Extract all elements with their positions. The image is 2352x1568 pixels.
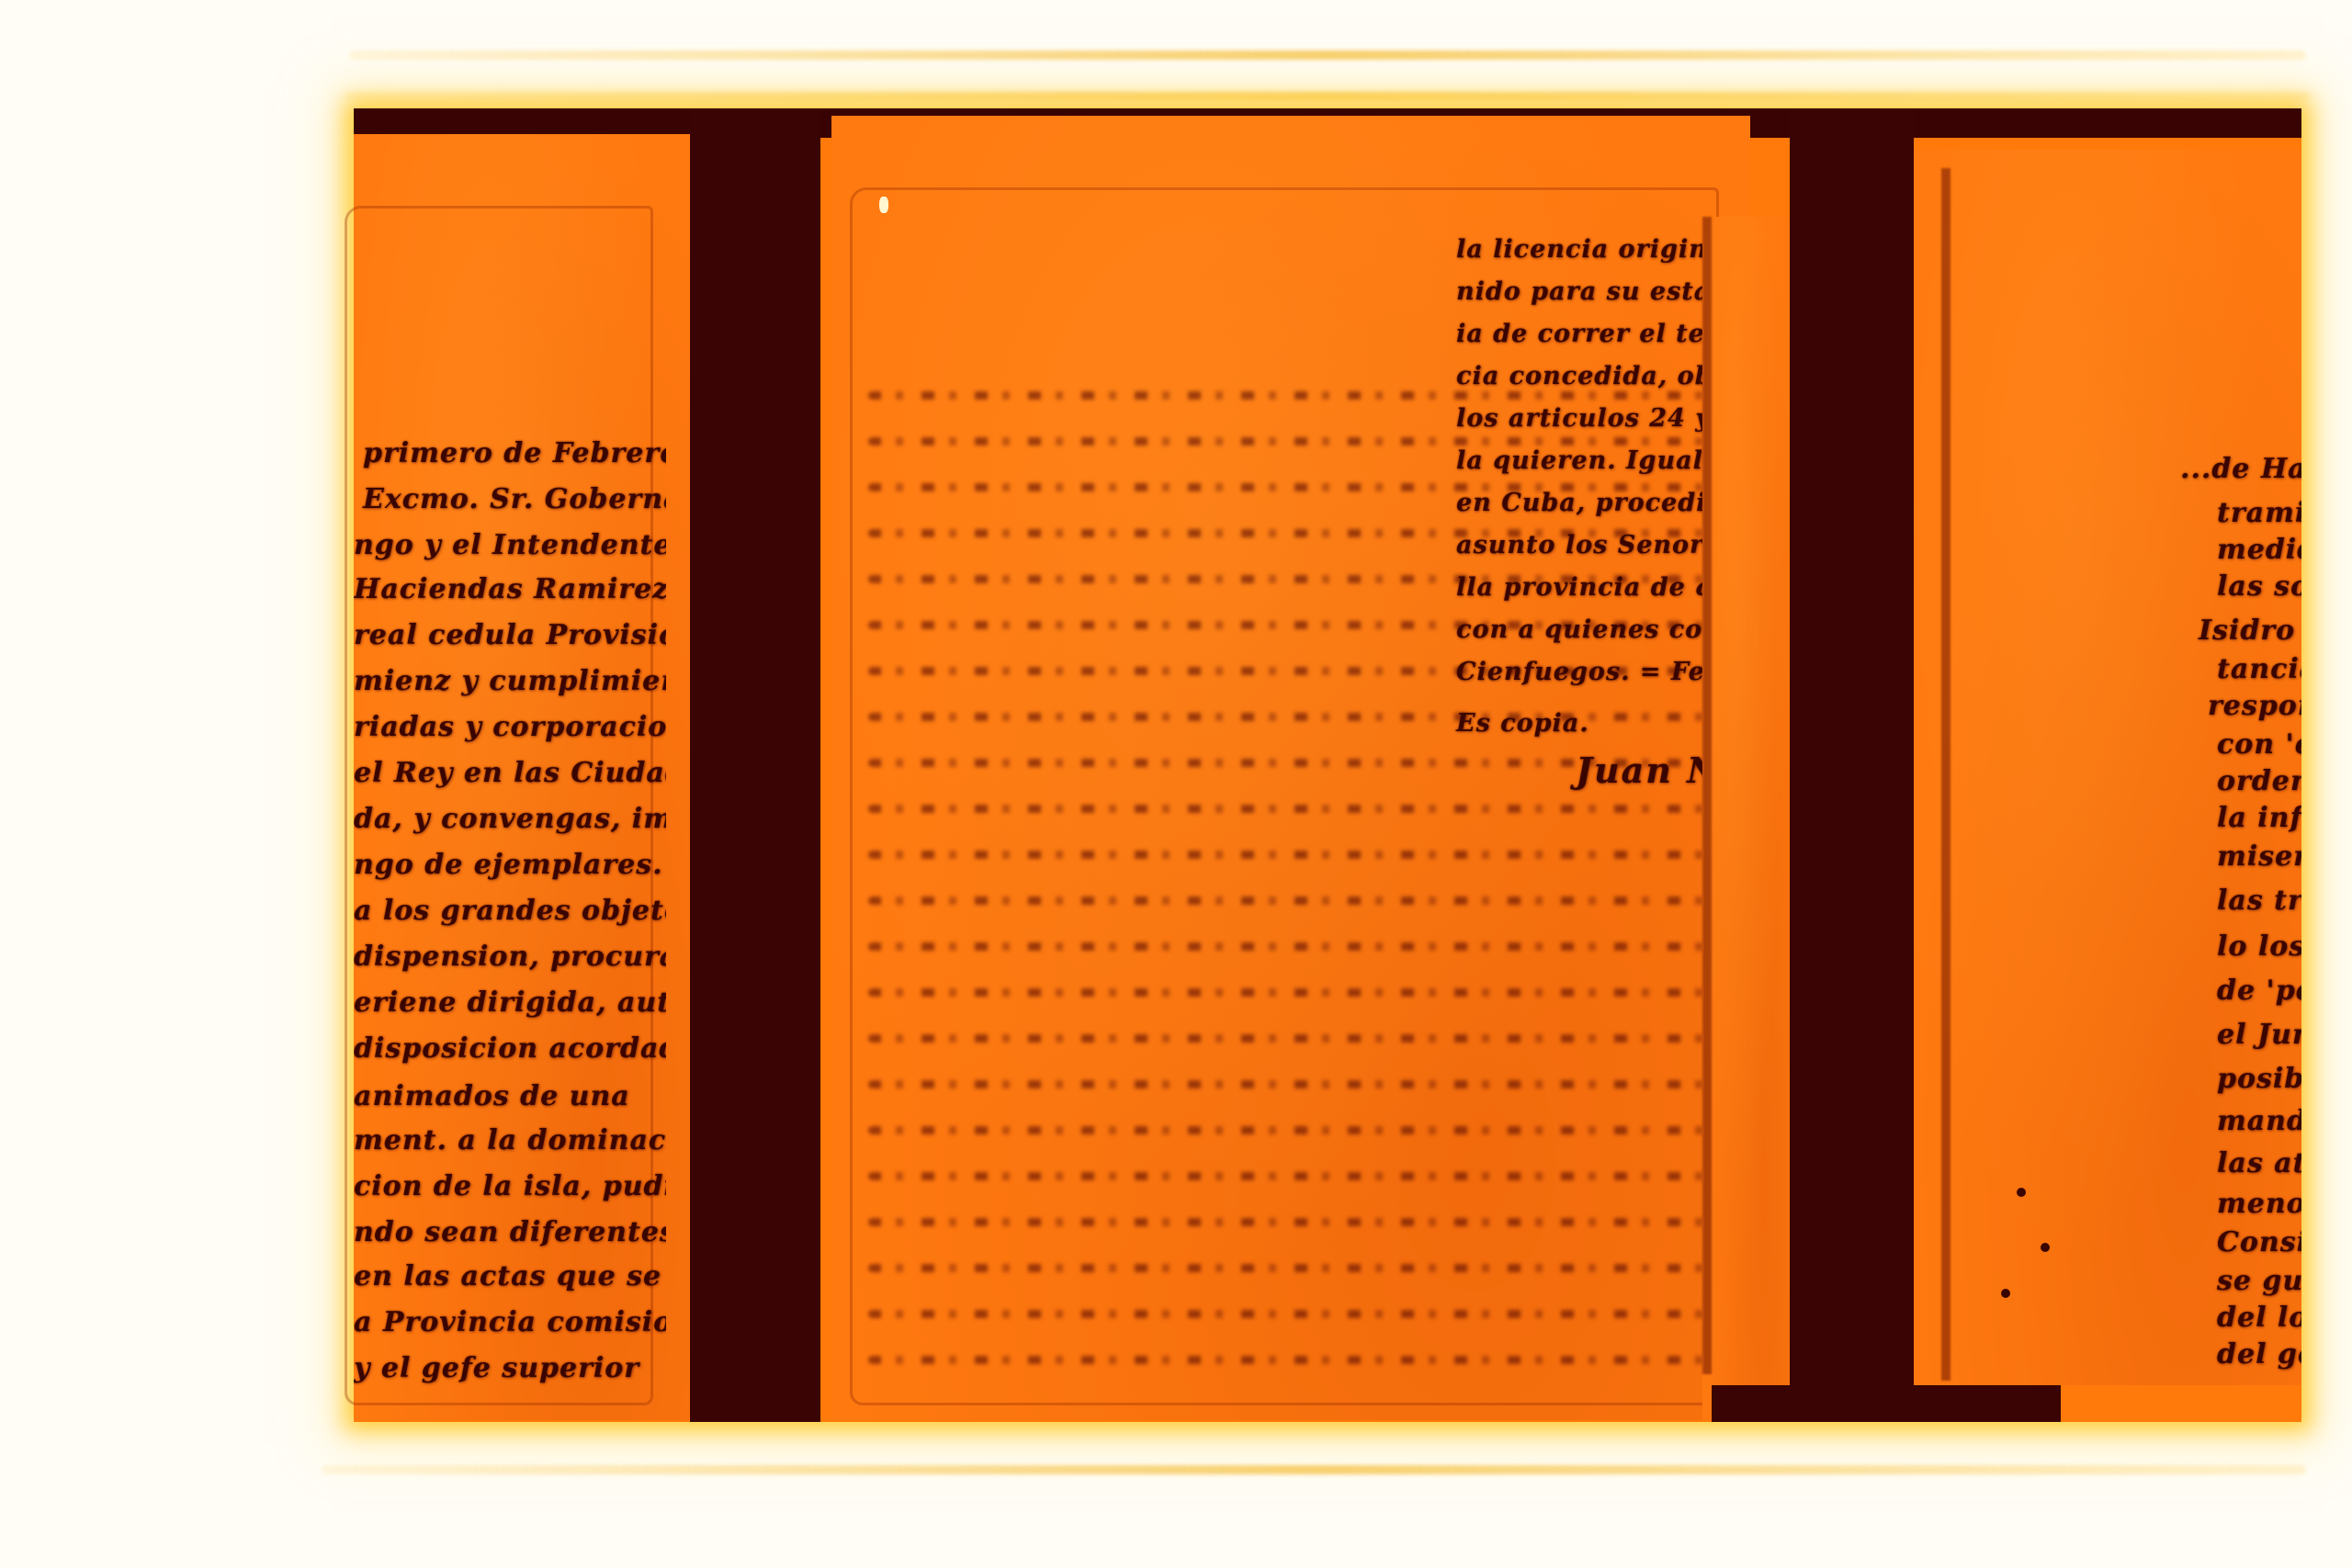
right-line: lo los q bbox=[2217, 931, 2301, 963]
right-line: tancia, bbox=[2217, 653, 2301, 685]
left-line: da, y convengas, impri- bbox=[354, 803, 666, 835]
left-line: a los grandes objetos bbox=[354, 895, 666, 927]
right-line: medida bbox=[2217, 534, 2301, 566]
mount-streak-top-inner bbox=[345, 92, 2311, 101]
left-line: ment. a la dominacion bbox=[354, 1124, 666, 1156]
right-line: orden 'ra bbox=[2217, 765, 2301, 797]
center-page: la licencia original, que cada interesad… bbox=[831, 116, 1750, 1420]
center-right-strip bbox=[1702, 217, 1790, 1420]
right-line: se guar bbox=[2217, 1265, 2301, 1297]
left-line: Excmo. Sr. Gobernador bbox=[363, 483, 666, 515]
mount-streak-bottom bbox=[322, 1465, 2306, 1474]
left-line: eriene dirigida, autori- bbox=[354, 987, 666, 1019]
right-line: de 'pers bbox=[2217, 975, 2301, 1007]
left-line: real cedula Provisiones, bbox=[354, 619, 666, 651]
left-line: Haciendas Ramirez, ha bbox=[354, 573, 666, 605]
right-line: las atl bbox=[2217, 1147, 2301, 1179]
left-line: el Rey en las Ciudad bbox=[354, 757, 666, 789]
bottom-notch bbox=[1712, 1385, 2061, 1422]
right-line: el Junto bbox=[2217, 1019, 2301, 1051]
right-line: menos bbox=[2217, 1188, 2301, 1220]
left-line: y el gefe superior bbox=[354, 1352, 639, 1384]
left-line: animados de una bbox=[354, 1080, 630, 1112]
right-line: misericor bbox=[2217, 840, 2301, 873]
left-line: dispension, procuraran bbox=[354, 941, 666, 973]
right-page: ...de Ha tramita medida las solem Isidro… bbox=[1914, 150, 2301, 1385]
right-line: Consider bbox=[2217, 1226, 2301, 1258]
right-line: respond bbox=[2208, 690, 2301, 722]
right-line: con 'esc bbox=[2217, 728, 2301, 761]
left-line: ngo y el Intendente de bbox=[354, 529, 666, 561]
right-line: Isidro bbox=[2199, 615, 2295, 647]
left-line: ngo de ejemplares. bbox=[354, 849, 663, 881]
center-line: Es copia. bbox=[1456, 709, 1589, 738]
right-line: tramita bbox=[2217, 497, 2301, 529]
right-line: mand. bbox=[2217, 1105, 2301, 1137]
right-line: del lo d bbox=[2217, 1302, 2301, 1334]
right-line: posible, bbox=[2217, 1063, 2301, 1095]
left-gutter bbox=[690, 108, 820, 1422]
right-line: las trand bbox=[2217, 885, 2301, 917]
left-line: en las actas que se bbox=[354, 1260, 661, 1292]
center-page-text: la licencia original, que cada interesad… bbox=[831, 116, 1750, 1420]
left-line: a Provincia comision, bbox=[354, 1306, 666, 1338]
right-page-text: ...de Ha tramita medida las solem Isidro… bbox=[1914, 150, 2301, 1385]
right-line: la infor bbox=[2217, 802, 2301, 834]
slide-frame: primero de Febrero Excmo. Sr. Gobernador… bbox=[354, 108, 2301, 1422]
left-line: primero de Febrero bbox=[363, 437, 666, 469]
fold-line bbox=[1702, 217, 1712, 1374]
mount-streak-top-outer bbox=[349, 51, 2306, 60]
left-line: disposicion acordada bbox=[354, 1032, 666, 1065]
left-page: primero de Febrero Excmo. Sr. Gobernador… bbox=[354, 134, 694, 1420]
right-line: ...de Ha bbox=[2180, 453, 2301, 485]
left-line: mienz y cumplimiento de bbox=[354, 665, 666, 697]
left-page-text: primero de Febrero Excmo. Sr. Gobernador… bbox=[354, 134, 666, 1420]
right-gutter bbox=[1790, 108, 1914, 1422]
right-line: las solem bbox=[2217, 570, 2301, 603]
left-line: ndo sean diferentes bbox=[354, 1216, 666, 1248]
left-line: riadas y corporaciones bbox=[354, 711, 666, 743]
right-line: del gobi bbox=[2217, 1338, 2301, 1371]
left-line: cion de la isla, pudi- bbox=[354, 1170, 666, 1202]
